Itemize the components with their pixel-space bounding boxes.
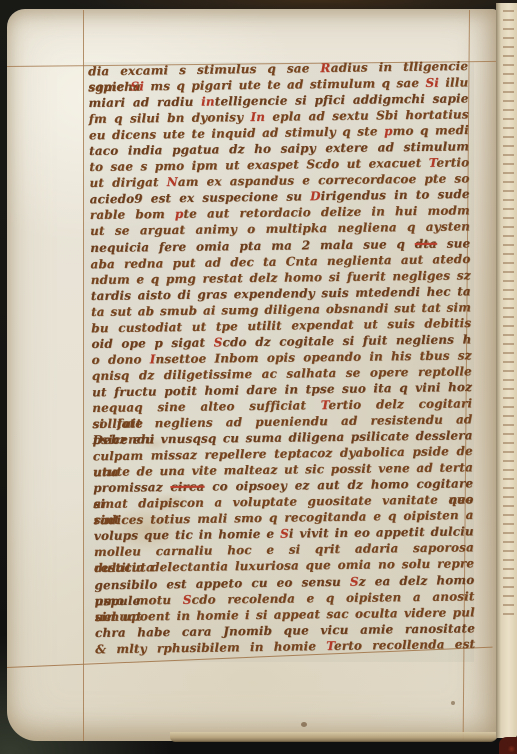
rubricated-text: In xyxy=(250,110,265,124)
rubricated-text: circa xyxy=(170,480,204,494)
rubricated-text: D xyxy=(310,189,321,203)
rubricated-text: R xyxy=(320,61,331,75)
page-bottom-deckle-edge xyxy=(170,732,498,742)
photo-background: dia excami s stimulus q sae Radius in tl… xyxy=(0,0,517,754)
rubricated-text: in xyxy=(201,95,215,109)
ink-text: fm q silui bn dyonisy xyxy=(89,110,251,126)
ink-text: volups que tic in homie e xyxy=(94,527,280,543)
ink-text: gensibilo est appeto cu eo sensu xyxy=(94,574,350,592)
ink-text: miari ad radiu xyxy=(88,95,201,110)
ink-text: dia excami s stimulus q sae xyxy=(88,61,320,78)
ink-text: mo q medi xyxy=(392,123,468,138)
ink-text: erto recollenda est xyxy=(334,637,475,653)
ink-text: irigendus in to sude xyxy=(321,187,470,203)
rubricated-text: Si xyxy=(425,76,439,90)
ink-text: ut dirigat xyxy=(89,175,166,190)
binding-corner xyxy=(499,737,517,754)
ink-text: eu dicens ute te inquid ad stimuly q ste xyxy=(89,124,384,142)
rubricated-text: dta xyxy=(415,236,437,250)
ink-text: nequaq sine alteo sufficiat xyxy=(92,398,321,415)
ink-text: ertio xyxy=(436,156,469,170)
ink-text: sue xyxy=(437,236,470,250)
ink-text: oid ope p sigat xyxy=(91,335,213,350)
rubricated-text: p xyxy=(175,207,184,221)
rubricated-text: S xyxy=(280,527,289,541)
rubricated-text: S xyxy=(214,335,223,349)
rubricated-text: T xyxy=(326,639,334,653)
facing-page-text-edge xyxy=(503,8,514,620)
ink-text: illu xyxy=(439,75,469,89)
rubricated-text: N xyxy=(167,175,178,189)
rubricated-text: p xyxy=(384,124,393,138)
ruling-vertical-left xyxy=(83,10,84,741)
ink-text: promissaz xyxy=(93,480,170,495)
ink-text: aciedo9 est ex suspecione su xyxy=(90,190,311,207)
ink-text: cdo dz cogitale si fuit negliens h xyxy=(222,332,471,349)
rubricated-text: S xyxy=(183,592,192,606)
ink-text: rable bom xyxy=(90,207,175,222)
ink-text: i vivit in eo appetit dulciu xyxy=(289,525,474,541)
text-block: dia excami s stimulus q sae Radius in tl… xyxy=(88,58,475,656)
ink-text: o dono xyxy=(92,352,150,367)
ink-text: & mlty rphusibilem in homie xyxy=(95,639,326,656)
